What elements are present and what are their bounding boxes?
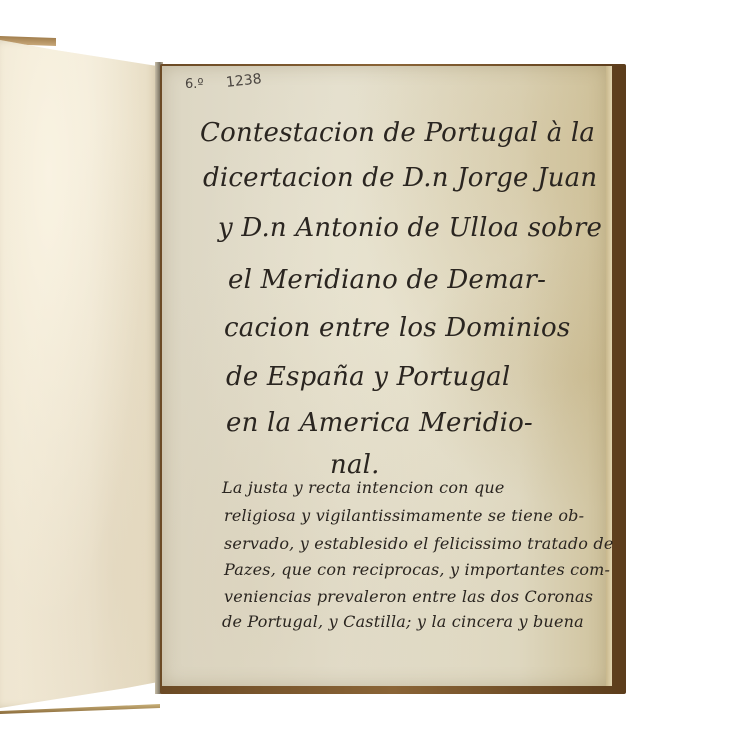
body-line-1: La justa y recta intencion con que bbox=[222, 478, 505, 497]
title-line-1: Contestacion de Portugal à la bbox=[200, 118, 595, 148]
page-fore-edge bbox=[606, 66, 612, 686]
title-line-2: dicertacion de D.n Jorge Juan bbox=[203, 163, 597, 193]
title-line-7: en la America Meridio- bbox=[226, 408, 533, 438]
shelfmark-volume: 6.º bbox=[185, 77, 204, 92]
left-flyleaf bbox=[0, 40, 162, 708]
title-line-4: el Meridiano de Demar- bbox=[228, 265, 546, 295]
title-line-8: nal. bbox=[330, 450, 380, 480]
body-line-4: Pazes, que con reciprocas, y importantes… bbox=[224, 560, 610, 579]
title-line-5: cacion entre los Dominios bbox=[224, 313, 570, 343]
left-leaf-bottom-edge bbox=[0, 704, 160, 714]
body-line-2: religiosa y vigilantissimamente se tiene… bbox=[224, 506, 584, 525]
title-line-6: de España y Portugal bbox=[226, 362, 510, 392]
body-line-3: servado, y establesido el felicissimo tr… bbox=[224, 534, 614, 553]
title-line-3: y D.n Antonio de Ulloa sobre bbox=[218, 213, 602, 243]
body-line-6: de Portugal, y Castilla; y la cincera y … bbox=[222, 612, 584, 631]
body-line-5: veniencias prevaleron entre las dos Coro… bbox=[224, 587, 593, 606]
